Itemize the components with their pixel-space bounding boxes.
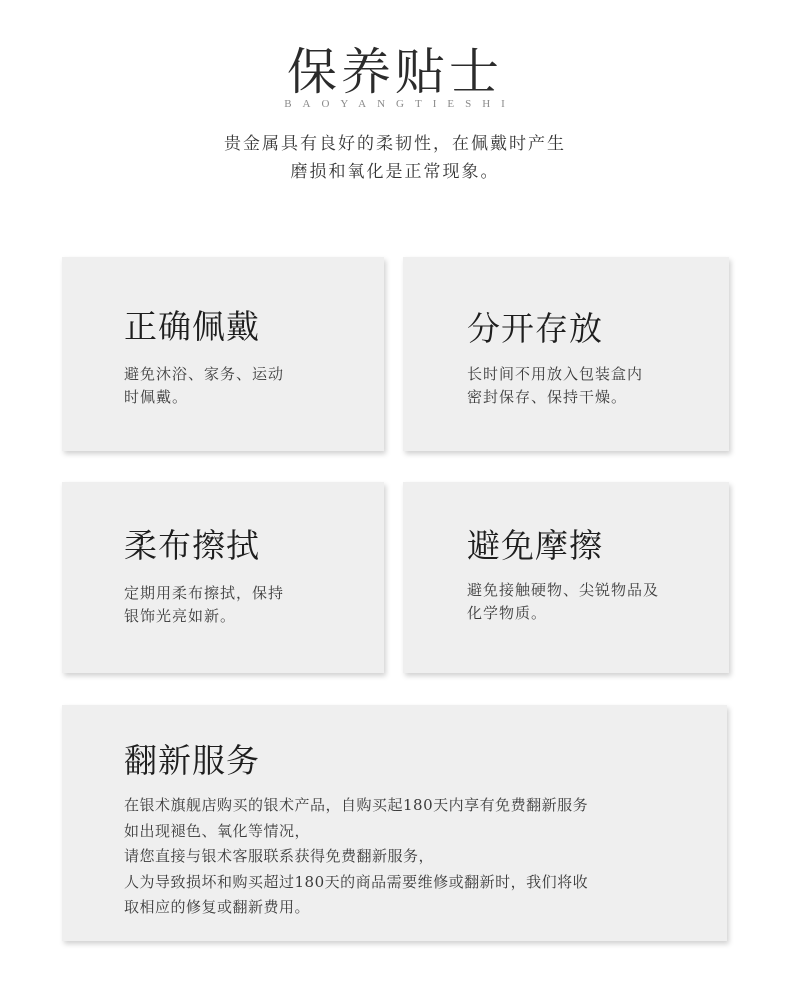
card-text: 避免接触硬物、尖锐物品及 化学物质。 (467, 579, 659, 625)
service-line: 人为导致损坏和购买超过180天的商品需要维修或翻新时，我们将收 (124, 870, 588, 896)
intro-line: 磨损和氧化是正常现象。 (0, 158, 790, 186)
service-line: 取相应的修复或翻新费用。 (124, 895, 588, 921)
service-line: 在银术旗舰店购买的银术产品，自购买起180天内享有免费翻新服务 (124, 793, 588, 819)
service-title: 翻新服务 (124, 741, 260, 781)
service-text: 在银术旗舰店购买的银术产品，自购买起180天内享有免费翻新服务 如出现褪色、氧化… (124, 793, 588, 921)
tip-card-avoid-friction: 避免摩擦 避免接触硬物、尖锐物品及 化学物质。 (403, 482, 729, 673)
card-title: 柔布擦拭 (124, 526, 260, 566)
card-text: 避免沐浴、家务、运动 时佩戴。 (124, 363, 284, 409)
intro-text: 贵金属具有良好的柔韧性，在佩戴时产生 磨损和氧化是正常现象。 (0, 130, 790, 186)
tip-card-wear-correctly: 正确佩戴 避免沐浴、家务、运动 时佩戴。 (62, 257, 384, 451)
intro-line: 贵金属具有良好的柔韧性，在佩戴时产生 (0, 130, 790, 158)
card-text: 长时间不用放入包装盒内 密封保存、保持干燥。 (467, 363, 643, 409)
card-title: 正确佩戴 (124, 307, 260, 347)
card-text: 定期用柔布擦拭，保持 银饰光亮如新。 (124, 582, 284, 628)
card-title: 分开存放 (467, 309, 603, 349)
service-line: 如出现褪色、氧化等情况， (124, 819, 588, 845)
tip-card-store-separately: 分开存放 长时间不用放入包装盒内 密封保存、保持干燥。 (403, 257, 729, 451)
page-title: 保养贴士 (0, 42, 790, 102)
service-line: 请您直接与银术客服联系获得免费翻新服务， (124, 844, 588, 870)
service-card-refurbish: 翻新服务 在银术旗舰店购买的银术产品，自购买起180天内享有免费翻新服务 如出现… (62, 705, 727, 941)
tip-card-soft-cloth: 柔布擦拭 定期用柔布擦拭，保持 银饰光亮如新。 (62, 482, 384, 673)
page-subtitle-pinyin: BAOYANGTIESHI (0, 98, 790, 110)
card-title: 避免摩擦 (467, 526, 603, 566)
